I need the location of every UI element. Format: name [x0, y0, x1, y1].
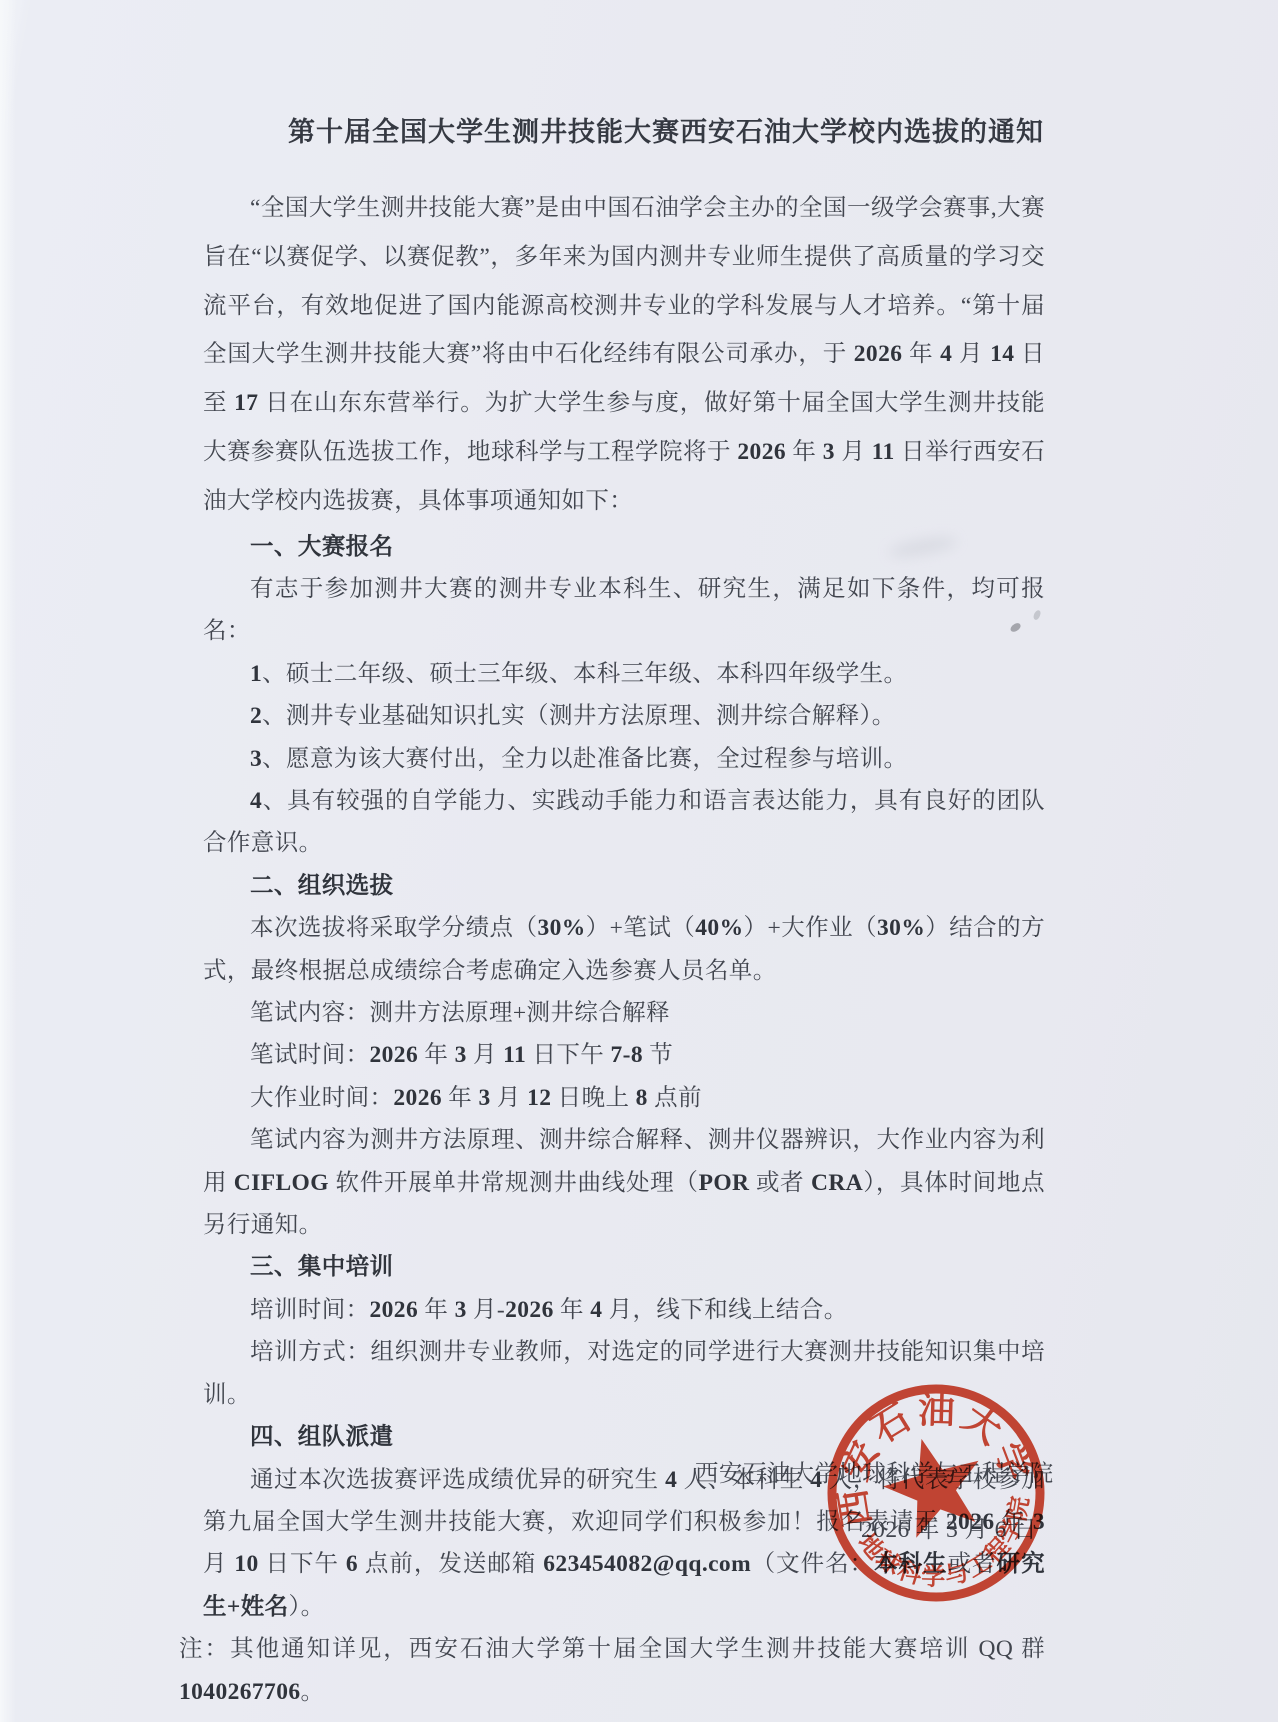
- paragraph: 1、硕士二年级、硕士三年级、本科三年级、本科四年级学生。: [203, 653, 1045, 695]
- bold-run: 2026: [370, 1042, 419, 1068]
- bold-run: 30%: [537, 915, 585, 941]
- bold-run: 4: [250, 788, 262, 814]
- text-run: 、测井专业基础知识扎实（测井方法原理、测井综合解释）。: [262, 703, 896, 729]
- bold-run: 4: [590, 1297, 602, 1323]
- section-heading: 三、集中培训: [203, 1246, 1045, 1288]
- bold-run: 3: [455, 1297, 467, 1323]
- paragraph: 笔试内容为测井方法原理、测井综合解释、测井仪器辨识，大作业内容为利用 CIFLO…: [203, 1119, 1045, 1246]
- text-run: 培训时间：: [250, 1297, 370, 1323]
- bold-run: POR: [699, 1170, 750, 1196]
- text-run: 点前，发送邮箱: [358, 1551, 543, 1577]
- bold-run: 四、组队派遣: [250, 1424, 393, 1450]
- text-run: 、硕士二年级、硕士三年级、本科三年级、本科四年级学生。: [262, 661, 907, 687]
- text-run: 月-: [467, 1297, 505, 1323]
- bold-run: 2: [250, 703, 262, 729]
- bold-run: 二、组织选拔: [250, 873, 393, 899]
- paragraph: 注：其他通知详见，西安石油大学第十届全国大学生测井技能大赛培训 QQ 群 104…: [179, 1628, 1045, 1713]
- bold-run: 一、大赛报名: [250, 534, 393, 560]
- bold-run: 40%: [695, 915, 743, 941]
- text-run: 日下午: [259, 1551, 346, 1577]
- text-run: ）+笔试（: [586, 915, 696, 941]
- text-run: 月: [835, 439, 872, 465]
- text-run: 节: [643, 1042, 673, 1068]
- bold-run: 11: [503, 1042, 526, 1068]
- text-run: 有志于参加测井大赛的测井专业本科生、研究生，满足如下条件，均可报名：: [203, 576, 1045, 644]
- bold-run: 30%: [877, 915, 925, 941]
- bold-run: 1040267706: [179, 1679, 301, 1705]
- bold-run: 3: [478, 1085, 490, 1111]
- bold-run: 7-8: [610, 1042, 643, 1068]
- bold-run: CIFLOG: [234, 1170, 329, 1196]
- text-run: 本次选拔将采取学分绩点（: [250, 915, 537, 941]
- bold-run: 12: [527, 1085, 551, 1111]
- bold-run: 2026: [854, 341, 903, 367]
- text-run: 年: [786, 439, 823, 465]
- bold-run: 3: [455, 1042, 467, 1068]
- bold-run: 623454082@qq.com: [543, 1551, 751, 1577]
- scan-edge-highlight: [0, 0, 16, 1722]
- bold-run: 4: [665, 1467, 677, 1493]
- text-run: 大作业时间：: [250, 1085, 393, 1111]
- paragraph: 3、愿意为该大赛付出，全力以赴准备比赛，全过程参与培训。: [203, 738, 1045, 780]
- text-run: 通过本次选拔赛评选成绩优异的研究生: [250, 1467, 665, 1493]
- paragraph: 有志于参加测井大赛的测井专业本科生、研究生，满足如下条件，均可报名：: [203, 568, 1045, 653]
- text-run: 年: [442, 1085, 478, 1111]
- text-run: 月: [952, 341, 990, 367]
- text-run: 、愿意为该大赛付出，全力以赴准备比赛，全过程参与培训。: [262, 746, 907, 772]
- text-run: 年: [554, 1297, 590, 1323]
- bold-run: 2026: [370, 1297, 419, 1323]
- bold-run: 2026: [737, 439, 786, 465]
- text-run: 月: [491, 1085, 527, 1111]
- text-run: ）。: [289, 1594, 325, 1620]
- text-run: 。: [301, 1679, 325, 1705]
- text-run: 点前: [648, 1085, 702, 1111]
- text-run: 月: [467, 1042, 503, 1068]
- text-run: 笔试内容：测井方法原理+测井综合解释: [250, 1000, 670, 1026]
- paragraph: 2、测井专业基础知识扎实（测井方法原理、测井综合解释）。: [203, 695, 1045, 737]
- scanned-notice-page: { "colors": { "page_bg": "#e9eaf1", "ink…: [0, 0, 1278, 1722]
- bold-run: 3: [250, 746, 262, 772]
- bold-run: 3: [823, 439, 835, 465]
- paragraph: 笔试时间：2026 年 3 月 11 日下午 7-8 节: [203, 1034, 1045, 1076]
- text-run: 或者: [749, 1170, 811, 1196]
- text-run: 年: [418, 1297, 454, 1323]
- bold-run: 11: [872, 439, 895, 465]
- text-run: 日晚上: [551, 1085, 635, 1111]
- bold-run: 8: [636, 1085, 648, 1111]
- paragraph: 大作业时间：2026 年 3 月 12 日晚上 8 点前: [203, 1077, 1045, 1119]
- text-run: 年: [418, 1042, 454, 1068]
- bold-run: CRA: [811, 1170, 863, 1196]
- paragraph: 4、具有较强的自学能力、实践动手能力和语言表达能力，具有良好的团队合作意识。: [203, 780, 1045, 865]
- text-run: 月，线下和线上结合。: [602, 1297, 847, 1323]
- section-heading: 二、组织选拔: [203, 865, 1045, 907]
- official-seal: 西安石油大学 地球科学与工程学院: [818, 1375, 1054, 1611]
- bold-run: 6: [346, 1551, 358, 1577]
- page-title: 第十届全国大学生测井技能大赛西安石油大学校内选拔的通知: [245, 110, 1087, 149]
- paragraph: “全国大学生测井技能大赛”是由中国石油学会主办的全国一级学会赛事,大赛旨在“以赛…: [203, 184, 1045, 526]
- text-run: 注：其他通知详见，西安石油大学第十届全国大学生测井技能大赛培训 QQ 群: [179, 1636, 1045, 1662]
- text-run: 软件开展单井常规测井曲线处理（: [329, 1170, 699, 1196]
- text-run: 年: [902, 341, 940, 367]
- paragraph: 本次选拔将采取学分绩点（30%）+笔试（40%）+大作业（30%）结合的方式，最…: [203, 907, 1045, 992]
- bold-run: 10: [234, 1551, 258, 1577]
- bold-run: 17: [234, 390, 258, 416]
- text-run: 日下午: [526, 1042, 610, 1068]
- text-run: 笔试时间：: [250, 1042, 370, 1068]
- text-run: 月: [203, 1551, 234, 1577]
- bold-run: 1: [250, 661, 262, 687]
- text-run: ）+大作业（: [743, 915, 877, 941]
- paragraph: 笔试内容：测井方法原理+测井综合解释: [203, 992, 1045, 1034]
- bold-run: 4: [940, 341, 952, 367]
- paragraph: 培训时间：2026 年 3 月-2026 年 4 月，线下和线上结合。: [203, 1289, 1045, 1331]
- bold-run: 2026: [393, 1085, 442, 1111]
- bold-run: 14: [990, 341, 1014, 367]
- bold-run: 2026: [505, 1297, 554, 1323]
- text-run: 、具有较强的自学能力、实践动手能力和语言表达能力，具有良好的团队合作意识。: [203, 788, 1045, 856]
- bold-run: 三、集中培训: [250, 1254, 393, 1280]
